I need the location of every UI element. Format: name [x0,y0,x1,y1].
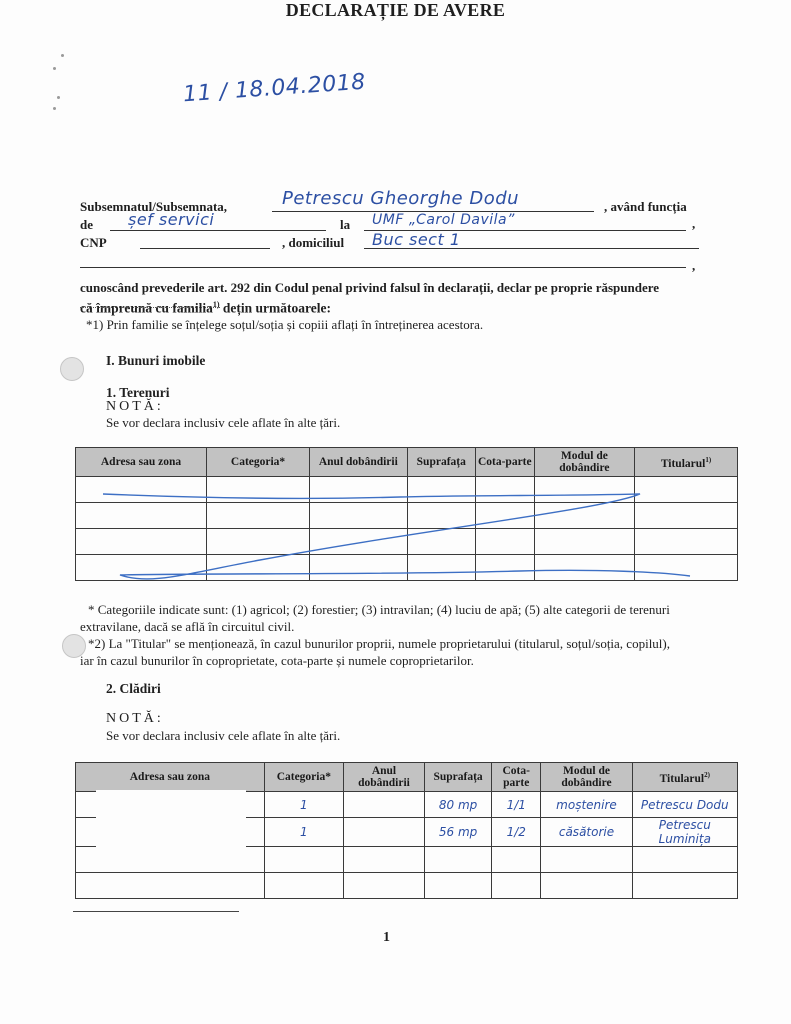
table-cell[interactable] [407,503,475,529]
table-cell[interactable] [343,873,424,899]
nota-text: Se vor declara inclusiv cele aflate în a… [106,415,340,431]
table-row: 156 mp1/2căsătoriePetrescu Luminița [76,818,738,847]
scan-speck [53,67,56,70]
table-cell[interactable] [76,847,265,873]
footnote-titular-1: *2) La "Titular" se menționează, în cazu… [88,635,670,652]
label-cnp: CNP [80,235,107,251]
table-header-row: Adresa sau zonaCategoria*Anul dobândirii… [76,763,738,792]
table-row [76,529,738,555]
table-cell[interactable] [534,555,634,581]
table-row [76,503,738,529]
nota-label: NOTĂ: [106,399,164,415]
table-cell[interactable] [76,555,207,581]
column-header: Suprafața [407,448,475,477]
label-la: la [340,217,350,233]
table-cell[interactable] [343,818,424,847]
nota-label: NOTĂ: [106,711,164,727]
table-cell[interactable] [475,555,534,581]
column-header: Titularul2) [632,763,737,792]
table-cell[interactable]: 80 mp [425,792,492,818]
table-cell[interactable] [425,873,492,899]
intro-paragraph: cunoscând prevederile art. 292 din Codul… [80,279,700,317]
table-cell[interactable] [632,847,737,873]
footnote-titular-2: iar în cazul bunurilor în coproprietate,… [80,652,474,669]
table-cell[interactable] [76,873,265,899]
table-cell[interactable]: 1 [264,792,343,818]
table-cell[interactable]: moștenire [541,792,632,818]
table-cell[interactable]: căsătorie [541,818,632,847]
table-cell[interactable] [425,847,492,873]
footnote-categories-1: * Categoriile indicate sunt: (1) agricol… [88,601,670,618]
punch-hole-mark [60,357,84,381]
table-row [76,477,738,503]
table-cell[interactable] [207,503,310,529]
table-cell[interactable]: Petrescu Dodu [632,792,737,818]
scan-speck [57,96,60,99]
table-cell[interactable] [635,503,738,529]
name-field[interactable]: Petrescu Gheorghe Dodu [282,188,519,209]
table-row [76,847,738,873]
domicile-continuation-line [80,267,686,268]
table-cell[interactable] [475,503,534,529]
scan-speck [61,54,64,57]
footnote-family: *1) Prin familie se înțelege soțul/soția… [86,316,483,333]
table-cell[interactable] [310,555,408,581]
domicile-field[interactable]: Buc sect 1 [372,230,461,249]
column-header: Adresa sau zona [76,763,265,792]
function-field-line [110,230,326,231]
registration-number-handwritten: 11 / 18.04.2018 [182,70,366,108]
column-header: Adresa sau zona [76,448,207,477]
table-cell[interactable] [475,529,534,555]
table-header-row: Adresa sau zonaCategoria*Anul dobândirii… [76,448,738,477]
column-header: Cota-parte [475,448,534,477]
table-cell[interactable] [632,873,737,899]
table-cell[interactable] [492,873,541,899]
comma: , [692,258,695,274]
label-domiciliul: , domiciliul [282,235,344,251]
table-cell[interactable] [310,477,408,503]
column-header: Suprafața [425,763,492,792]
column-header: Categoria* [207,448,310,477]
dotted-separator [80,307,220,308]
table-cell[interactable] [207,477,310,503]
table-cell[interactable] [635,529,738,555]
table-cell[interactable]: 1/1 [492,792,541,818]
intro-line-1: cunoscând prevederile art. 292 din Codul… [80,279,700,296]
table-cell[interactable] [310,529,408,555]
heading-cladiri: 2. Clădiri [106,681,161,697]
terenuri-table: Adresa sau zonaCategoria*Anul dobândirii… [75,447,738,581]
table-cell[interactable] [343,792,424,818]
table-cell[interactable] [76,503,207,529]
table-cell[interactable]: Petrescu Luminița [632,818,737,847]
table-cell[interactable] [635,477,738,503]
table-cell[interactable]: 1 [264,818,343,847]
table-cell[interactable] [76,529,207,555]
label-de: de [80,217,93,233]
page-number: 1 [383,930,390,946]
nota-text: Se vor declara inclusiv cele aflate în a… [106,728,340,744]
table-cell[interactable] [207,529,310,555]
section-bunuri-imobile: I. Bunuri imobile [106,353,205,369]
column-header: Anul dobândirii [310,448,408,477]
table-cell[interactable] [541,847,632,873]
column-header: Modul de dobândire [534,448,634,477]
column-header: Categoria* [264,763,343,792]
footnote-rule [73,911,239,912]
column-header: Titularul1) [635,448,738,477]
table-cell[interactable] [310,503,408,529]
table-cell[interactable] [534,477,634,503]
table-cell[interactable] [343,847,424,873]
table-cell[interactable] [207,555,310,581]
column-header: Cota-parte [492,763,541,792]
table-cell[interactable]: 56 mp [425,818,492,847]
institution-field[interactable]: UMF „Carol Davila” [372,212,515,228]
table-cell[interactable] [475,477,534,503]
table-row [76,873,738,899]
table-cell[interactable]: 1/2 [492,818,541,847]
cladiri-table: Adresa sau zonaCategoria*Anul dobândirii… [75,762,738,899]
table-cell[interactable] [534,503,634,529]
table-cell[interactable] [76,792,265,818]
table-cell[interactable] [264,847,343,873]
table-cell[interactable] [76,477,207,503]
footnote-categories-2: extravilane, dacă se află în circuitul c… [80,618,294,635]
column-header: Anul dobândirii [343,763,424,792]
table-cell[interactable] [492,847,541,873]
table-cell[interactable] [635,555,738,581]
table-row: 180 mp1/1moștenirePetrescu Dodu [76,792,738,818]
cnp-field[interactable] [140,248,270,249]
table-cell[interactable] [76,818,265,847]
document-title: DECLARAȚIE DE AVERE [0,0,791,21]
function-field[interactable]: șef servici [128,210,214,229]
table-cell[interactable] [534,529,634,555]
table-cell[interactable] [407,555,475,581]
table-cell[interactable] [264,873,343,899]
table-cell[interactable] [407,477,475,503]
comma: , [692,216,695,232]
column-header: Modul de dobândire [541,763,632,792]
label-avand-functia: , având funcția [604,199,687,215]
table-row [76,555,738,581]
table-cell[interactable] [541,873,632,899]
scan-speck [53,107,56,110]
table-cell[interactable] [407,529,475,555]
